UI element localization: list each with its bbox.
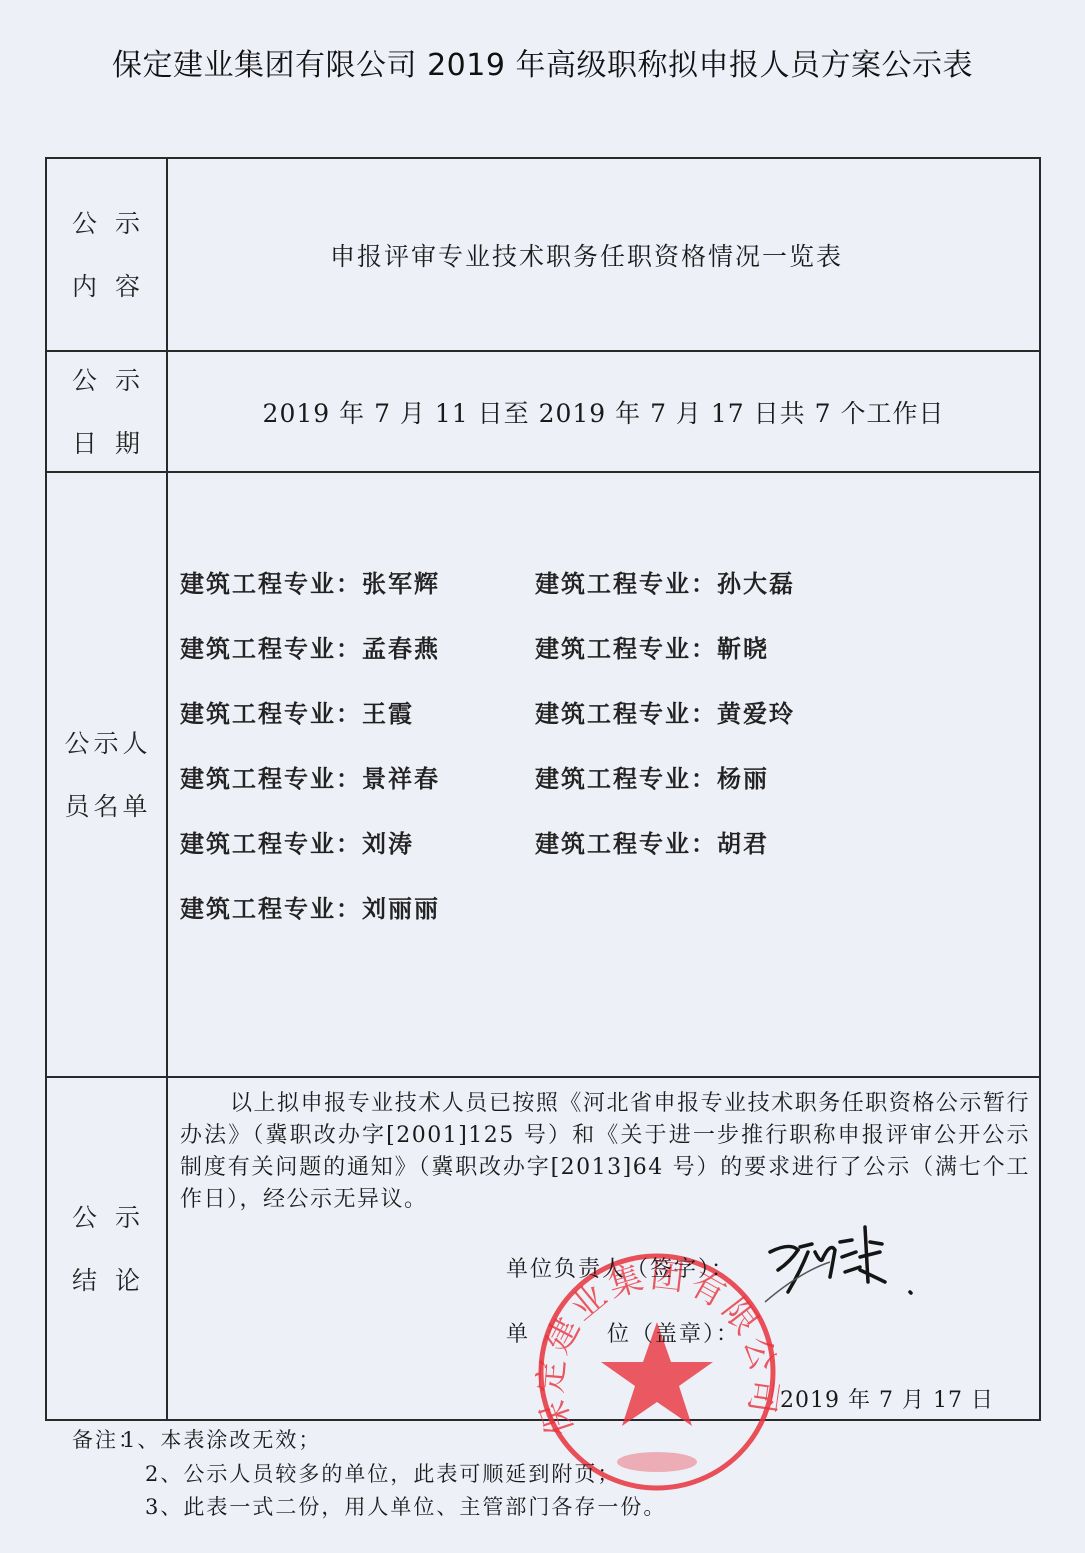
specialty-label: 建筑工程专业： [535,765,717,793]
person-name: 刘涛 [362,830,414,858]
announcement-period: 2019 年 7 月 11 日至 2019 年 7 月 17 日共 7 个工作日 [167,352,1040,471]
specialty-label: 建筑工程专业： [535,830,717,858]
signature-label: 单位负责人（签字）： [506,1252,735,1283]
list-item: 建筑工程专业：孙大磊 [535,564,795,599]
specialty-label: 建筑工程专业： [180,700,362,728]
conclusion-paragraph: 以上拟申报专业技术人员已按照《河北省申报专业技术职务任职资格公示暂行办法》（冀职… [180,1091,1030,1212]
specialty-label: 建筑工程专业： [535,635,717,663]
list-item: 建筑工程专业：王霞 [180,694,414,729]
table-row-divider [45,471,1041,473]
row-label-line: 结论 [54,1268,158,1293]
row-label-line: 公示 [54,368,158,393]
table-row-divider [45,1076,1041,1078]
row-label-line: 内容 [54,274,158,299]
person-name: 靳晓 [717,635,769,663]
specialty-label: 建筑工程专业： [180,830,362,858]
specialty-label: 建筑工程专业： [180,570,362,598]
signature-date: 2019 年 7 月 17 日 [780,1383,994,1414]
note-item: 3、此表一式二份，用人单位、主管部门各存一份。 [145,1491,666,1521]
row-label-line: 日期 [54,431,158,456]
row-label-line: 公示 [54,1205,158,1230]
note-item: 1、本表涂改无效； [122,1424,321,1454]
person-name: 孟春燕 [362,635,440,663]
specialty-label: 建筑工程专业： [180,895,362,923]
list-item: 建筑工程专业：胡君 [535,824,769,859]
handwritten-signature-icon [760,1222,920,1312]
specialty-label: 建筑工程专业： [535,570,717,598]
list-item: 建筑工程专业：刘涛 [180,824,414,859]
list-item: 建筑工程专业：靳晓 [535,629,769,664]
table-border-bottom [45,1419,1041,1421]
list-item: 建筑工程专业：张军辉 [180,564,440,599]
row-label-conclusion: 公示 结论 [45,1078,167,1419]
person-name: 景祥春 [362,765,440,793]
note-item: 2、公示人员较多的单位，此表可顺延到附页； [145,1458,620,1488]
specialty-label: 建筑工程专业： [180,635,362,663]
person-name: 王霞 [362,700,414,728]
list-item: 建筑工程专业：孟春燕 [180,629,440,664]
person-name: 张军辉 [362,570,440,598]
person-name: 黄爱玲 [717,700,795,728]
seal-label-left: 单 [506,1317,530,1348]
list-item: 建筑工程专业：杨丽 [535,759,769,794]
document-title: 保定建业集团有限公司 2019 年高级职称拟申报人员方案公示表 [0,40,1085,84]
list-item: 建筑工程专业：刘丽丽 [180,889,440,924]
person-name: 孙大磊 [717,570,795,598]
list-item: 建筑工程专业：景祥春 [180,759,440,794]
svg-text:保定建业集团有限公司: 保定建业集团有限公司 [535,1256,780,1441]
person-name: 刘丽丽 [362,895,440,923]
seal-label-right: 位（盖章）： [607,1317,740,1348]
row-label-content: 公示 内容 [45,159,167,350]
list-item: 建筑工程专业：黄爱玲 [535,694,795,729]
row-label-line: 公示人 [60,731,151,756]
row-label-date: 公示 日期 [45,352,167,471]
announcement-content-text: 申报评审专业技术职务任职资格情况一览表 [330,237,843,273]
row-label-line: 公示 [54,211,158,236]
announcement-content: 申报评审专业技术职务任职资格情况一览表 [167,159,1040,350]
specialty-label: 建筑工程专业： [180,765,362,793]
row-label-people: 公示人 员名单 [45,473,167,1076]
row-label-line: 员名单 [60,794,151,819]
conclusion-text: 以上拟申报专业技术人员已按照《河北省申报专业技术职务任职资格公示暂行办法》（冀职… [180,1088,1030,1216]
person-name: 胡君 [717,830,769,858]
person-name: 杨丽 [717,765,769,793]
specialty-label: 建筑工程专业： [535,700,717,728]
announcement-period-text: 2019 年 7 月 11 日至 2019 年 7 月 17 日共 7 个工作日 [263,394,945,430]
